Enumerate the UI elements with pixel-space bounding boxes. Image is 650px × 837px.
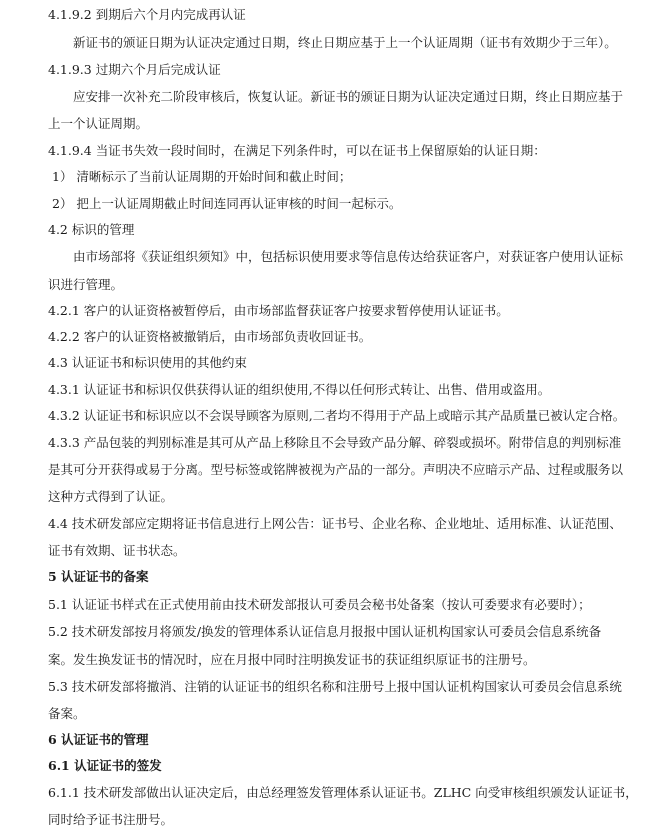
text-line: 4.3 认证证书和标识使用的其他约束: [48, 355, 247, 371]
text-line: 4.2 标识的管理: [48, 222, 134, 238]
text-line: 上一个认证周期。: [48, 116, 148, 132]
text-line: 4.1.9.3 过期六个月后完成认证: [48, 62, 221, 78]
text-line: 是其可分开获得或易于分离。型号标签或铭牌被视为产品的一部分。声明决不应暗示产品、…: [48, 462, 623, 478]
section-heading: 6.1 认证证书的签发: [48, 758, 162, 774]
text-line: 5.1 认证证书样式在正式使用前由技术研发部报认可委员会秘书处备案（按认可委要求…: [48, 597, 591, 613]
text-line: 5.3 技术研发部将撤消、注销的认证证书的组织名称和注册号上报中国认证机构国家认…: [48, 679, 622, 695]
text-line: 4.1.9.2 到期后六个月内完成再认证: [48, 7, 246, 23]
text-line: 4.3.3 产品包装的判别标准是其可从产品上移除且不会导致产品分解、碎裂或损坏。…: [48, 435, 621, 451]
text-line: 备案。: [48, 706, 86, 722]
text-line: 案。发生换发证书的情况时，应在月报中同时注明换发证书的获证组织原证书的注册号。: [48, 652, 536, 668]
section-heading: 5 认证证书的备案: [48, 569, 149, 585]
text-line: 应安排一次补充二阶段审核后，恢复认证。新证书的颁证日期为认证决定通过日期，终止日…: [73, 89, 623, 105]
text-line: 这种方式得到了认证。: [48, 489, 173, 505]
text-line: 证书有效期、证书状态。: [48, 543, 186, 559]
text-line: 4.3.1 认证证书和标识仅供获得认证的组织使用,不得以任何形式转让、出售、借用…: [48, 382, 550, 398]
text-line: 6.1.1 技术研发部做出认证决定后，由总经理签发管理体系认证证书。ZLHC 向…: [48, 785, 638, 801]
text-line: 4.1.9.4 当证书失效一段时间时，在满足下列条件时，可以在证书上保留原始的认…: [48, 143, 546, 159]
text-line: 2） 把上一认证周期截止时间连同再认证审核的时间一起标示。: [52, 196, 401, 212]
text-line: 4.4 技术研发部应定期将证书信息进行上网公告：证书号、企业名称、企业地址、适用…: [48, 516, 622, 532]
text-line: 5.2 技术研发部按月将颁发/换发的管理体系认证信息月报报中国认证机构国家认可委…: [48, 624, 601, 640]
text-line: 1） 清晰标示了当前认证周期的开始时间和截止时间；: [52, 169, 351, 185]
text-line: 新证书的颁证日期为认证决定通过日期，终止日期应基于上一个认证周期（证书有效期少于…: [73, 35, 617, 51]
section-heading: 6 认证证书的管理: [48, 732, 149, 748]
text-line: 识进行管理。: [48, 277, 123, 293]
text-line: 由市场部将《获证组织须知》中，包括标识使用要求等信息传达给获证客户，对获证客户使…: [73, 249, 623, 265]
text-line: 4.3.2 认证证书和标识应以不会误导顾客为原则,二者均不得用于产品上或暗示其产…: [48, 408, 625, 424]
text-line: 同时给予证书注册号。: [48, 812, 173, 828]
text-line: 4.2.1 客户的认证资格被暂停后，由市场部监督获证客户按要求暂停使用认证证书。: [48, 303, 509, 319]
text-line: 4.2.2 客户的认证资格被撤销后，由市场部负责收回证书。: [48, 329, 371, 345]
